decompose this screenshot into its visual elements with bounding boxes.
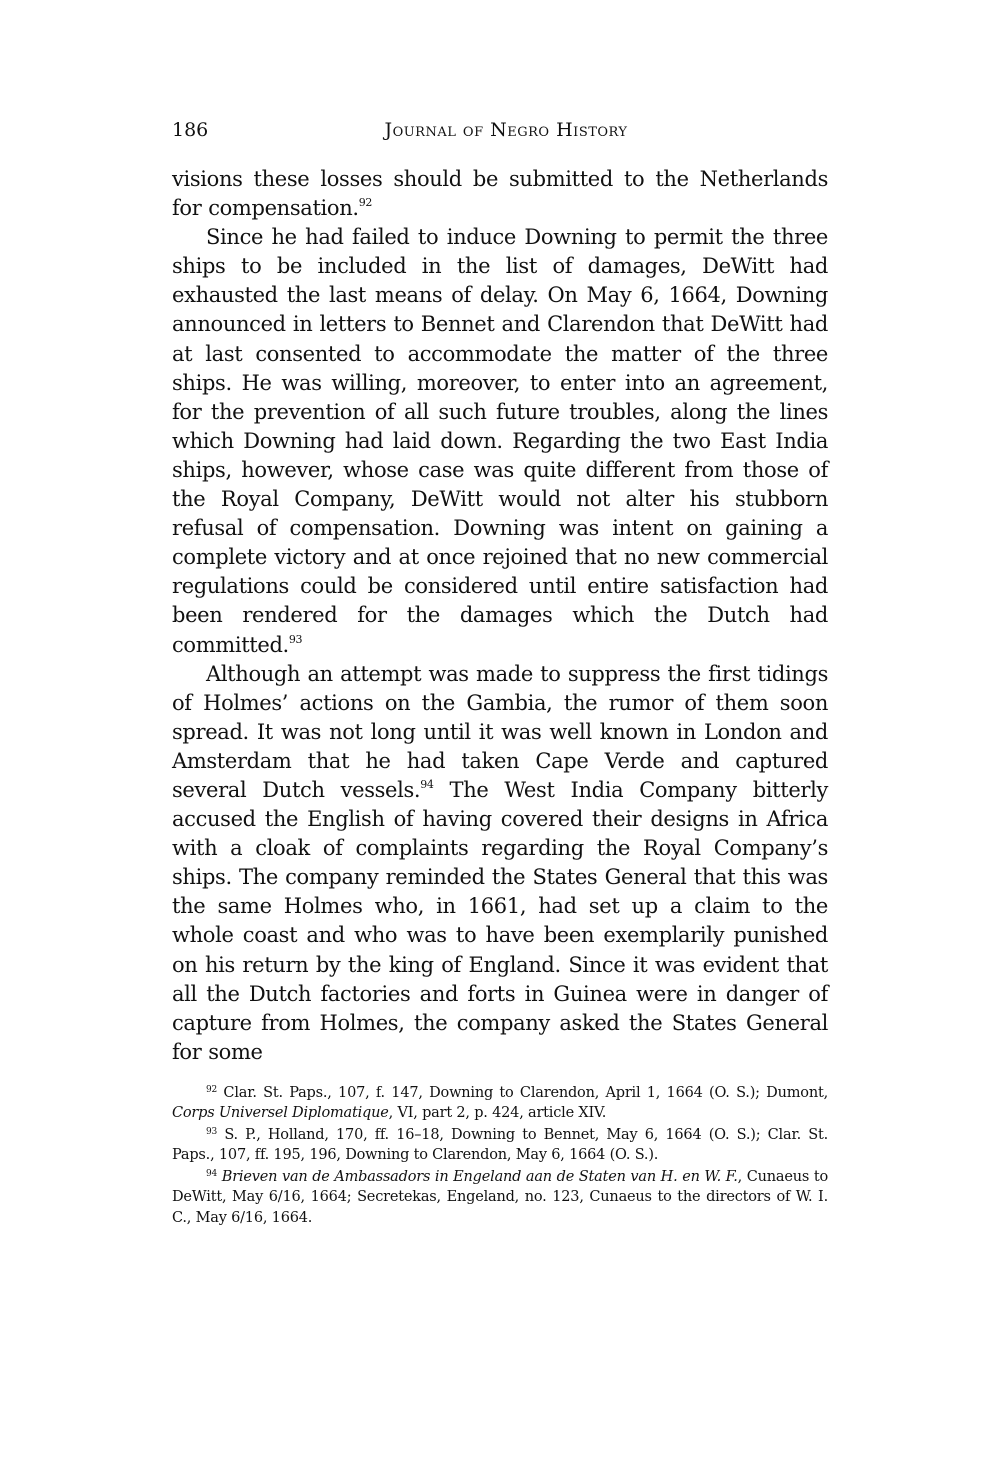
footnote-number: 94 xyxy=(206,1169,217,1179)
paragraph-1: visions these losses should be submitted… xyxy=(172,165,828,223)
running-head: 186 Journal of Negro History xyxy=(172,112,828,148)
footnote-text: S. P., Holland, 170, ff. 16–18, Downing … xyxy=(172,1127,828,1164)
footnotes: 92 Clar. St. Paps., 107, f. 147, Downing… xyxy=(172,1083,828,1229)
footnote-ref-93[interactable]: 93 xyxy=(289,633,302,646)
paragraph-text: Since he had failed to induce Downing to… xyxy=(172,225,828,656)
journal-title: Journal of Negro History xyxy=(172,112,828,148)
footnote-text: Clar. St. Paps., 107, f. 147, Downing to… xyxy=(223,1085,828,1101)
footnote-ref-94[interactable]: 94 xyxy=(420,778,433,791)
footnote-title-italic: Corps Universel Diplomatique xyxy=(172,1105,389,1121)
footnote-number: 92 xyxy=(206,1085,217,1095)
body-text: visions these losses should be submitted… xyxy=(172,165,828,1067)
footnote-94: 94 Brieven van de Ambassadors in Engelan… xyxy=(172,1167,828,1229)
footnote-title-italic: Brieven van de Ambassadors in Engeland a… xyxy=(222,1169,738,1185)
paragraph-3: Although an attempt was made to suppress… xyxy=(172,660,828,1067)
paragraph-text: visions these losses should be submitted… xyxy=(172,167,828,220)
document-page: 186 Journal of Negro History visions the… xyxy=(172,112,828,1229)
paragraph-text-continued: The West India Company bitterly accused … xyxy=(172,778,828,1064)
footnote-number: 93 xyxy=(206,1127,217,1137)
footnote-ref-92[interactable]: 92 xyxy=(359,196,372,209)
paragraph-2: Since he had failed to induce Downing to… xyxy=(172,223,828,659)
footnote-text: , VI, part 2, p. 424, article XIV. xyxy=(389,1105,607,1121)
footnote-92: 92 Clar. St. Paps., 107, f. 147, Downing… xyxy=(172,1083,828,1124)
footnote-93: 93 S. P., Holland, 170, ff. 16–18, Downi… xyxy=(172,1125,828,1166)
